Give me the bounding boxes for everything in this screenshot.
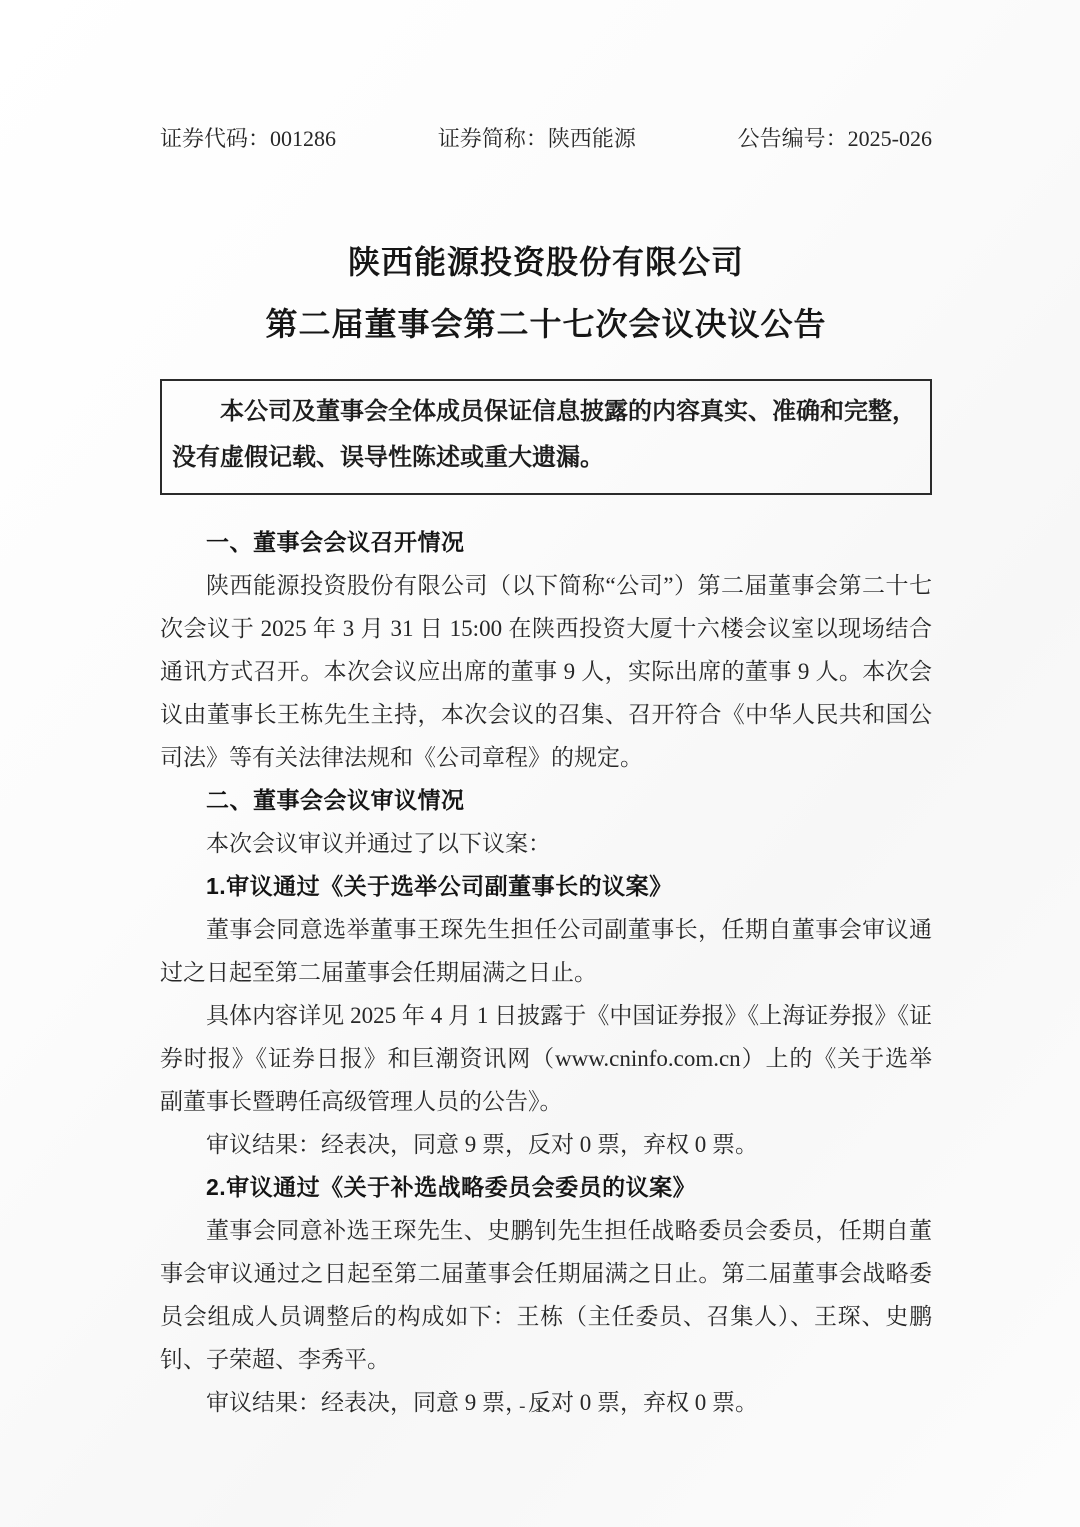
proposal1-vote-result: 审议结果：经表决，同意 9 票，反对 0 票，弃权 0 票。 xyxy=(160,1123,932,1166)
disclaimer-text: 本公司及董事会全体成员保证信息披露的内容真实、准确和完整，没有虚假记载、误导性陈… xyxy=(172,389,916,481)
proposal2-heading: 2.审议通过《关于补选战略委员会委员的议案》 xyxy=(160,1166,932,1209)
announcement-number: 公告编号：2025-026 xyxy=(738,125,932,153)
company-name-title: 陕西能源投资股份有限公司 xyxy=(160,241,932,283)
doc-body: 一、董事会会议召开情况 陕西能源投资股份有限公司（以下简称“公司”）第二届董事会… xyxy=(160,521,932,1424)
stock-name: 证券简称：陕西能源 xyxy=(438,125,636,153)
doc-title-block: 陕西能源投资股份有限公司 第二届董事会第二十七次会议决议公告 xyxy=(160,241,932,345)
stock-code: 证券代码：001286 xyxy=(160,125,336,153)
section2-heading: 二、董事会会议审议情况 xyxy=(160,779,932,822)
proposal1-paragraph-1: 董事会同意选举董事王琛先生担任公司副董事长，任期自董事会审议通过之日起至第二届董… xyxy=(160,908,932,994)
proposal1-paragraph-2: 具体内容详见 2025 年 4 月 1 日披露于《中国证券报》《上海证券报》《证… xyxy=(160,994,932,1123)
document-page: 证券代码：001286 证券简称：陕西能源 公告编号：2025-026 陕西能源… xyxy=(0,0,1080,1527)
proposal2-paragraph-1: 董事会同意补选王琛先生、史鹏钊先生担任战略委员会委员，任期自董事会审议通过之日起… xyxy=(160,1209,932,1381)
doc-header: 证券代码：001286 证券简称：陕西能源 公告编号：2025-026 xyxy=(160,125,932,153)
section1-heading: 一、董事会会议召开情况 xyxy=(160,521,932,564)
section2-intro: 本次会议审议并通过了以下议案： xyxy=(160,822,932,865)
page-number: - 1 - xyxy=(0,1396,1080,1418)
disclaimer-box: 本公司及董事会全体成员保证信息披露的内容真实、准确和完整，没有虚假记载、误导性陈… xyxy=(160,379,932,495)
section1-paragraph: 陕西能源投资股份有限公司（以下简称“公司”）第二届董事会第二十七次会议于 202… xyxy=(160,564,932,779)
proposal1-heading: 1.审议通过《关于选举公司副董事长的议案》 xyxy=(160,865,932,908)
meeting-resolution-title: 第二届董事会第二十七次会议决议公告 xyxy=(160,303,932,345)
